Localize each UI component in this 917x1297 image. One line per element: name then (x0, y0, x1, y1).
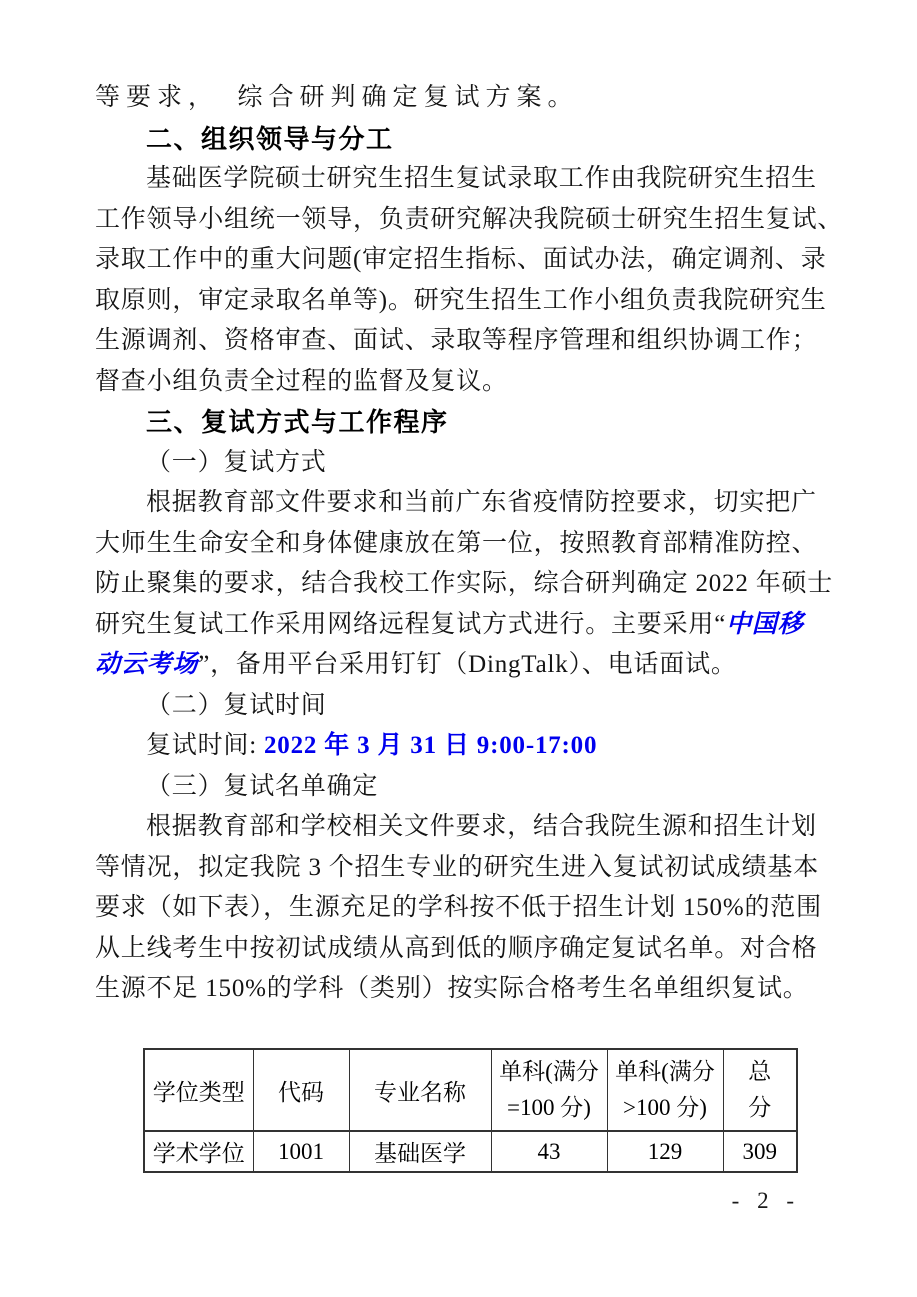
highlight-platform-name: 中国移 (726, 611, 803, 638)
paragraph-line: 根据教育部文件要求和当前广东省疫情防控要求，切实把广 (95, 483, 840, 524)
paragraph-line: 防止聚集的要求，结合我校工作实际，综合研判确定 2022 年硕士 (95, 564, 840, 605)
score-table: 学位类型 代码 专业名称 单科(满分 =100 分) 单科(满分 >100 分)… (143, 1048, 798, 1173)
paragraph-line: 取原则，审定录取名单等)。研究生招生工作小组负责我院研究生 (95, 281, 840, 322)
paragraph-line: 要求（如下表），生源充足的学科按不低于招生计划 150%的范围 (95, 888, 840, 929)
paragraph-line: 从上线考生中按初试成绩从高到低的顺序确定复试名单。对合格 (95, 929, 840, 970)
cell-total-score: 309 (723, 1131, 797, 1172)
paragraph-line: 根据教育部和学校相关文件要求，结合我院生源和招生计划 (95, 807, 840, 848)
paragraph-line: 大师生生命安全和身体健康放在第一位，按照教育部精准防控、 (95, 524, 840, 565)
subsection-heading-retest-list: （三）复试名单确定 (95, 767, 840, 808)
th-single-gt100-line2: >100 分) (608, 1090, 723, 1126)
paragraph-line: 督查小组负责全过程的监督及复议。 (95, 362, 840, 403)
paragraph-line: 动云考场”，备用平台采用钉钉（DingTalk）、电话面试。 (95, 645, 840, 686)
th-total-line1: 总 (724, 1054, 797, 1090)
table-row: 学术学位 1001 基础医学 43 129 309 (144, 1131, 797, 1172)
subsection-heading-retest-time: （二）复试时间 (95, 686, 840, 727)
paragraph-line: 录取工作中的重大问题(审定招生指标、面试办法，确定调剂、录 (95, 240, 840, 281)
th-single-gt100-line1: 单科(满分 (608, 1054, 723, 1090)
th-code: 代码 (253, 1049, 349, 1131)
cell-single-gt100: 129 (607, 1131, 723, 1172)
subsection-heading-retest-method: （一）复试方式 (95, 443, 840, 484)
th-single-full100-line2: =100 分) (492, 1090, 607, 1126)
highlight-exam-time: 2022 年 3 月 31 日 9:00-17:00 (264, 732, 597, 759)
paragraph-text: 复试时间: (146, 732, 264, 759)
section-heading-retest-procedure: 三、复试方式与工作程序 (95, 402, 840, 443)
cell-degree-type: 学术学位 (144, 1131, 253, 1172)
paragraph-line: 生源调剂、资格审查、面试、录取等程序管理和组织协调工作； (95, 321, 840, 362)
document-body: 等要求， 综合研判确定复试方案。 二、组织领导与分工 基础医学院硕士研究生招生复… (95, 78, 840, 1010)
paragraph-line: 等要求， 综合研判确定复试方案。 (95, 78, 840, 119)
paragraph-line: 研究生复试工作采用网络远程复试方式进行。主要采用“中国移 (95, 605, 840, 646)
page-number: - 2 - (732, 1186, 800, 1216)
th-total-score: 总 分 (723, 1049, 797, 1131)
paragraph-line: 复试时间: 2022 年 3 月 31 日 9:00-17:00 (95, 726, 840, 767)
th-single-full100: 单科(满分 =100 分) (491, 1049, 607, 1131)
paragraph-line: 生源不足 150%的学科（类别）按实际合格考生名单组织复试。 (95, 969, 840, 1010)
cell-code: 1001 (253, 1131, 349, 1172)
paragraph-text: ”，备用平台采用钉钉（DingTalk）、电话面试。 (198, 651, 736, 678)
paragraph-line: 等情况，拟定我院 3 个招生专业的研究生进入复试初试成绩基本 (95, 848, 840, 889)
document-page: 等要求， 综合研判确定复试方案。 二、组织领导与分工 基础医学院硕士研究生招生复… (0, 0, 917, 1297)
score-table-container: 学位类型 代码 专业名称 单科(满分 =100 分) 单科(满分 >100 分)… (143, 1048, 798, 1173)
highlight-platform-name: 动云考场 (95, 651, 198, 678)
cell-single-full100: 43 (491, 1131, 607, 1172)
th-total-line2: 分 (724, 1090, 797, 1126)
paragraph-text: 研究生复试工作采用网络远程复试方式进行。主要采用“ (95, 611, 726, 638)
th-major-name: 专业名称 (349, 1049, 491, 1131)
table-header-row: 学位类型 代码 专业名称 单科(满分 =100 分) 单科(满分 >100 分)… (144, 1049, 797, 1131)
paragraph-line: 工作领导小组统一领导，负责研究解决我院硕士研究生招生复试、 (95, 200, 840, 241)
section-heading-organization: 二、组织领导与分工 (95, 119, 840, 160)
paragraph-line: 基础医学院硕士研究生招生复试录取工作由我院研究生招生 (95, 159, 840, 200)
th-single-gt100: 单科(满分 >100 分) (607, 1049, 723, 1131)
th-degree-type: 学位类型 (144, 1049, 253, 1131)
cell-major-name: 基础医学 (349, 1131, 491, 1172)
th-single-full100-line1: 单科(满分 (492, 1054, 607, 1090)
